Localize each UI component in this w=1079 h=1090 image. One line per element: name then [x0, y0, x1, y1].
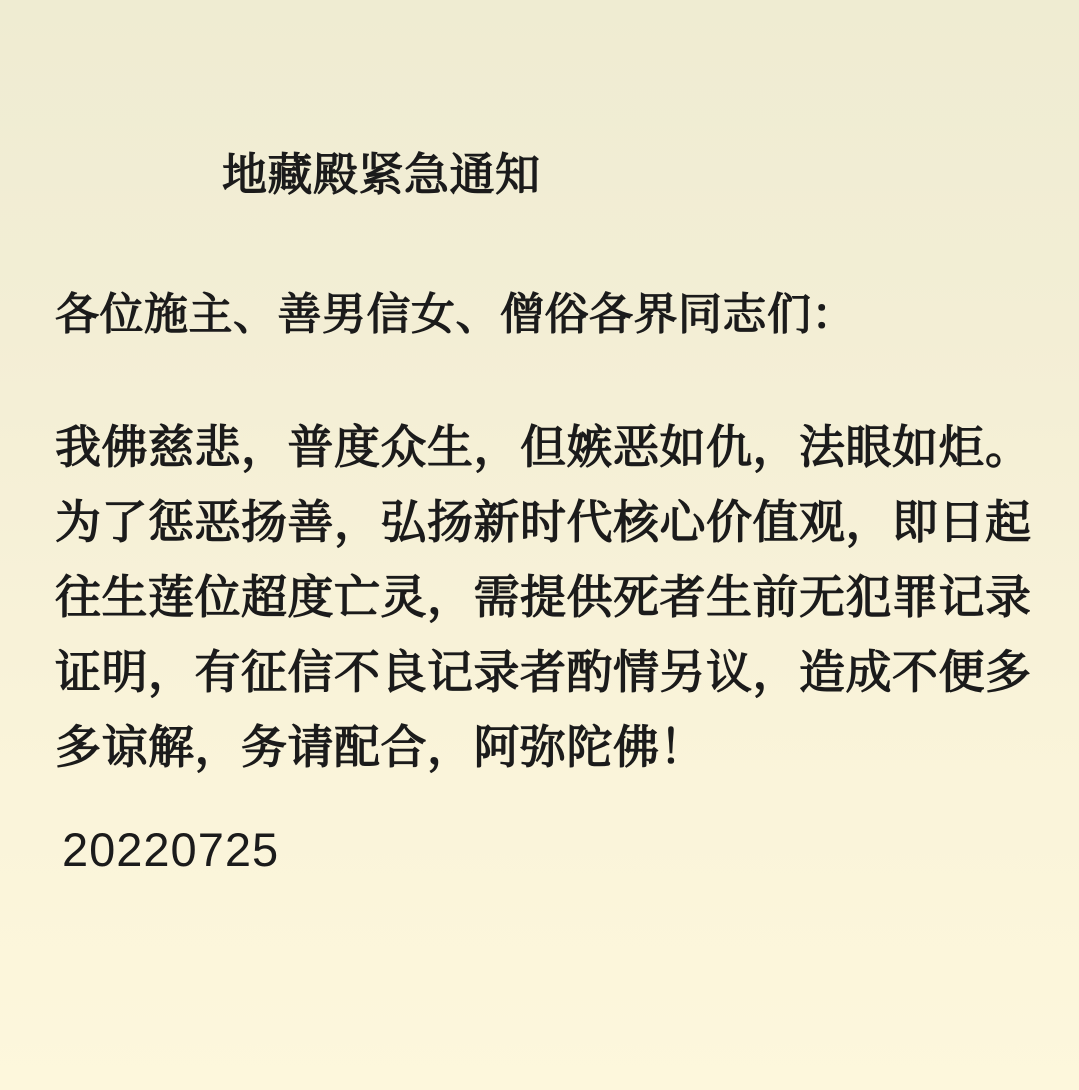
notice-body-line: 为了惩恶扬善，弘扬新时代核心价值观，即日起 [55, 485, 1045, 560]
notice-body-line: 证明，有征信不良记录者酌情另议，造成不便多 [55, 635, 1045, 710]
notice-body: 我佛慈悲，普度众生，但嫉恶如仇，法眼如炬。 为了惩恶扬善，弘扬新时代核心价值观，… [55, 410, 1045, 785]
notice-date: 20220725 [62, 822, 279, 877]
notice-body-line: 我佛慈悲，普度众生，但嫉恶如仇，法眼如炬。 [55, 410, 1045, 485]
notice-body-line: 往生莲位超度亡灵，需提供死者生前无犯罪记录 [55, 560, 1045, 635]
notice-body-line: 多谅解，务请配合，阿弥陀佛！ [55, 710, 1045, 785]
notice-page: 地藏殿紧急通知 各位施主、善男信女、僧俗各界同志们： 我佛慈悲，普度众生，但嫉恶… [0, 0, 1079, 1090]
notice-title: 地藏殿紧急通知 [222, 138, 541, 203]
notice-salutation: 各位施主、善男信女、僧俗各界同志们： [55, 278, 856, 342]
